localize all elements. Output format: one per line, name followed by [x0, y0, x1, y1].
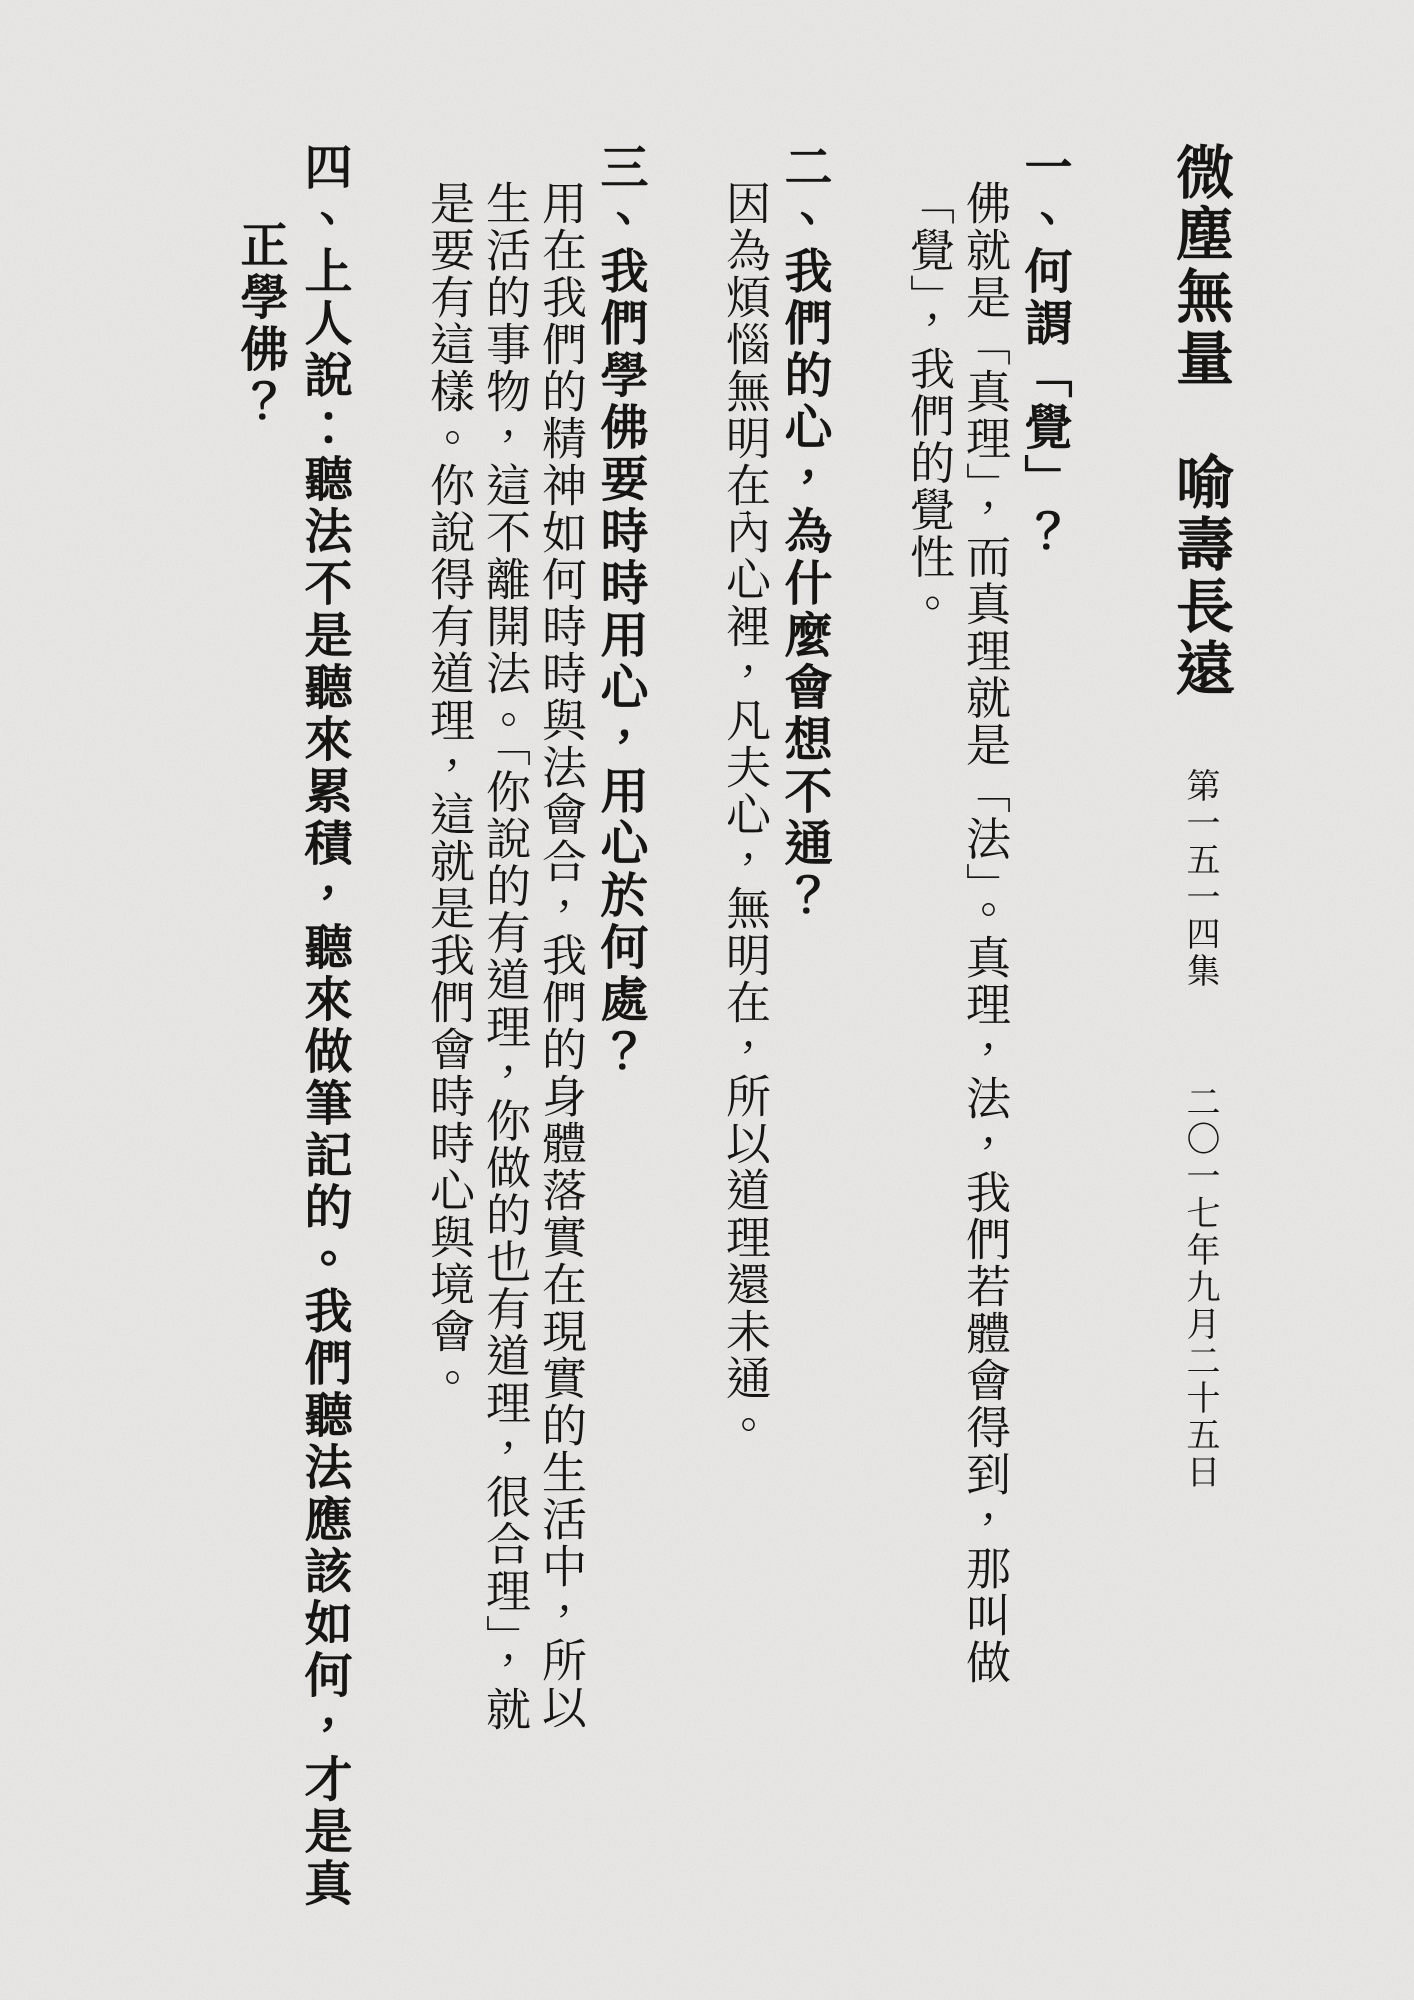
section-1: 一、何謂「覺」？ 佛就是「真理」，而真理就是「法」。真理，法，我們若體會得到，那…: [900, 142, 1076, 2000]
section-1-body: 佛就是「真理」，而真理就是「法」。真理，法，我們若體會得到，那叫做「覺」，我們的…: [900, 142, 1012, 1742]
section-3: 三、我們學佛要時時用心，用心於何處？ 用在我們的精神如何時時與法會合，我們的身體…: [420, 142, 652, 2000]
section-3-body: 用在我們的精神如何時時與法會合，我們的身體落實在現實的生活中，所以生活的事物，這…: [420, 142, 588, 1742]
section-1-heading: 一、何謂「覺」？: [1012, 142, 1076, 1932]
lecture-date: 二〇一七年九月二十五日: [1180, 1084, 1220, 1491]
page: { "page": { "paper_color": "#e8e7e5", "i…: [0, 0, 1414, 2000]
page-title: 微塵無量 喻壽長遠: [1166, 142, 1234, 700]
masthead: 微塵無量 喻壽長遠 第一五一四集 二〇一七年九月二十五日: [1160, 142, 1240, 1642]
section-2-heading: 二、我們的心，為什麼會想不通？: [772, 142, 836, 1932]
section-2-body: 因為煩惱無明在內心裡，凡夫心，無明在，所以道理還未通。: [716, 142, 772, 1742]
section-2: 二、我們的心，為什麼會想不通？ 因為煩惱無明在內心裡，凡夫心，無明在，所以道理還…: [716, 142, 836, 2000]
section-4: 四、上人說：聽法不是聽來累積，聽來做筆記的。我們聽法應該如何，才是真正學佛？: [228, 142, 356, 2000]
section-3-heading: 三、我們學佛要時時用心，用心於何處？: [588, 142, 652, 1932]
episode-number: 第一五一四集: [1180, 768, 1220, 990]
section-4-heading: 四、上人說：聽法不是聽來累積，聽來做筆記的。我們聽法應該如何，才是真正學佛？: [228, 142, 356, 1932]
document-body: 微塵無量 喻壽長遠 第一五一四集 二〇一七年九月二十五日 一、何謂「覺」？ 佛就…: [0, 142, 1240, 2000]
